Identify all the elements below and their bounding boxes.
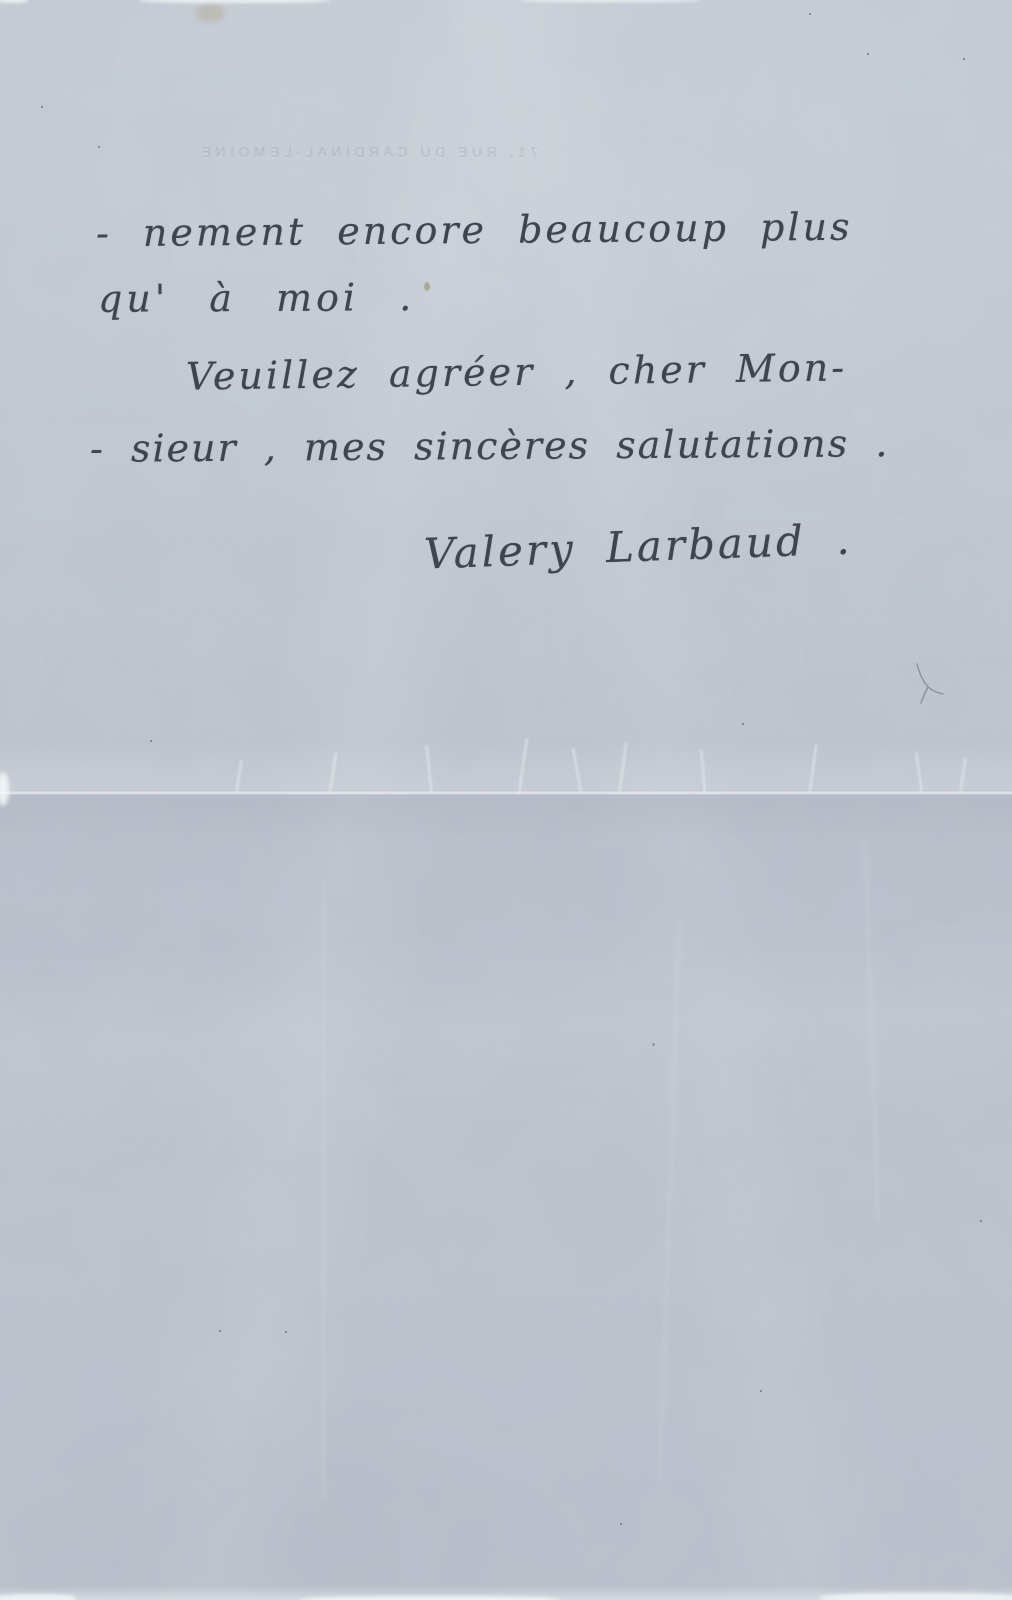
- paper-edge: [300, 1596, 560, 1600]
- paper-stain: [424, 282, 430, 291]
- letter-line-4: - sieur , mes sincères salutations .: [90, 421, 890, 471]
- paper-speck: [219, 1330, 221, 1332]
- paper-edge: [140, 0, 330, 3]
- paper-speck: [867, 53, 869, 55]
- paper-speck: [98, 146, 100, 148]
- vertical-crease: [658, 920, 681, 1480]
- vertical-crease: [863, 840, 879, 1220]
- paper-speck: [150, 740, 152, 742]
- letter-line-1: - nement encore beaucoup plus: [96, 205, 853, 256]
- paper-speck: [963, 58, 965, 60]
- paper-edge: [820, 1593, 1012, 1600]
- paper-speck: [809, 13, 811, 15]
- paper-edge: [0, 1594, 76, 1600]
- fold-crease-shadow: [0, 797, 1012, 839]
- letterhead-impression: 71, RUE DU CARDINAL-LEMOINE: [128, 144, 538, 160]
- paper-edge: [520, 0, 700, 2]
- paper-speck: [742, 723, 744, 725]
- paper-speck: [620, 1523, 622, 1525]
- letter-line-2: qu' à moi .: [98, 275, 416, 321]
- paper-speck: [760, 1390, 762, 1392]
- fold-crease-haze: [0, 742, 1012, 790]
- paper-speck: [41, 106, 43, 108]
- letter-page: 71, RUE DU CARDINAL-LEMOINE - nement enc…: [0, 0, 1012, 1600]
- paper-speck: [980, 1220, 982, 1222]
- signature: Valery Larbaud .: [423, 515, 853, 579]
- pencil-mark: [902, 660, 946, 708]
- letter-line-3: Veuillez agréer , cher Mon-: [186, 345, 848, 398]
- paper-stain: [196, 4, 224, 22]
- vertical-crease: [322, 880, 325, 1500]
- paper-speck: [652, 1043, 655, 1046]
- paper-speck: [285, 1331, 287, 1333]
- paper-edge: [0, 0, 28, 3]
- fold-crease: [0, 790, 1012, 797]
